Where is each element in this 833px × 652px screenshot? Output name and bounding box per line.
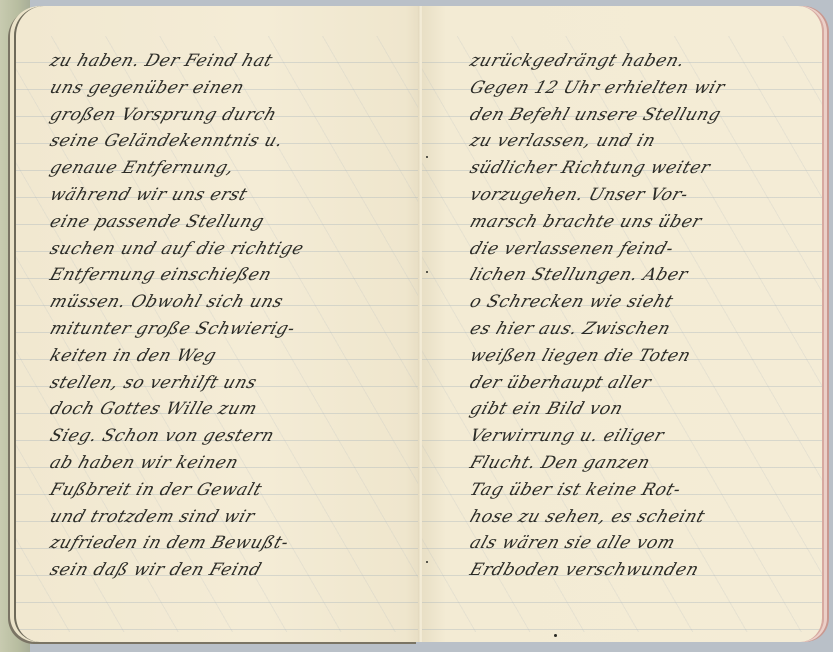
handwritten-line: stellen, so verhilft uns [46, 370, 422, 397]
handwritten-line: der überhaupt aller [466, 370, 820, 397]
handwritten-line: Fußbreit in der Gewalt [46, 477, 422, 504]
handwritten-line: genaue Entfernung, [46, 155, 422, 182]
handwritten-line: es hier aus. Zwischen [466, 316, 820, 343]
handwritten-line: vorzugehen. Unser Vor- [466, 182, 820, 209]
handwritten-line: die verlassenen feind- [466, 236, 820, 263]
gutter-marks [424, 6, 428, 642]
handwritten-line: hose zu sehen, es scheint [466, 504, 820, 531]
handwritten-line: südlicher Richtung weiter [466, 155, 820, 182]
handwritten-line: uns gegenüber einen [46, 75, 422, 102]
handwritten-line: marsch brachte uns über [466, 209, 820, 236]
handwritten-line: mitunter große Schwierig- [46, 316, 422, 343]
handwritten-line: Gegen 12 Uhr erhielten wir [466, 75, 820, 102]
handwritten-line: sein daß wir den Feind [46, 557, 422, 584]
handwritten-line: lichen Stellungen. Aber [466, 262, 820, 289]
handwritten-line: zufrieden in dem Bewußt- [46, 530, 422, 557]
notebook-spread: zu haben. Der Feind hat uns gegenüber ei… [14, 6, 830, 646]
left-page-text: zu haben. Der Feind hat uns gegenüber ei… [46, 48, 416, 584]
handwritten-line: müssen. Obwohl sich uns [46, 289, 422, 316]
handwritten-line: weißen liegen die Toten [466, 343, 820, 370]
ink-speck [426, 271, 428, 273]
handwritten-line: Erdboden verschwunden [466, 557, 820, 584]
handwritten-line: Sieg. Schon von gestern [46, 423, 422, 450]
handwritten-line: Entfernung einschießen [46, 262, 422, 289]
handwritten-line: zu haben. Der Feind hat [46, 48, 422, 75]
handwritten-line: o Schrecken wie sieht [466, 289, 820, 316]
ink-speck [426, 156, 428, 158]
handwritten-line: zu verlassen, und in [466, 128, 820, 155]
ink-speck [426, 561, 428, 563]
handwritten-line: Tag über ist keine Rot- [466, 477, 820, 504]
right-page: zurückgedrängt haben. Gegen 12 Uhr erhie… [422, 6, 824, 642]
handwritten-line: seine Geländekenntnis u. [46, 128, 422, 155]
handwritten-line: Verwirrung u. eiliger [466, 423, 820, 450]
right-page-text: zurückgedrängt haben. Gegen 12 Uhr erhie… [466, 48, 811, 584]
handwritten-line: eine passende Stellung [46, 209, 422, 236]
ink-speck [554, 634, 557, 637]
handwritten-line: suchen und auf die richtige [46, 236, 422, 263]
left-page: zu haben. Der Feind hat uns gegenüber ei… [14, 6, 422, 642]
handwritten-line: und trotzdem sind wir [46, 504, 422, 531]
handwritten-line: ab haben wir keinen [46, 450, 422, 477]
handwritten-line: doch Gottes Wille zum [46, 396, 422, 423]
handwritten-line: gibt ein Bild von [466, 396, 820, 423]
handwritten-line: zurückgedrängt haben. [466, 48, 820, 75]
handwritten-line: keiten in den Weg [46, 343, 422, 370]
handwritten-line: großen Vorsprung durch [46, 102, 422, 129]
handwritten-line: als wären sie alle vom [466, 530, 820, 557]
handwritten-line: Flucht. Den ganzen [466, 450, 820, 477]
handwritten-line: während wir uns erst [46, 182, 422, 209]
handwritten-line: den Befehl unsere Stellung [466, 102, 820, 129]
